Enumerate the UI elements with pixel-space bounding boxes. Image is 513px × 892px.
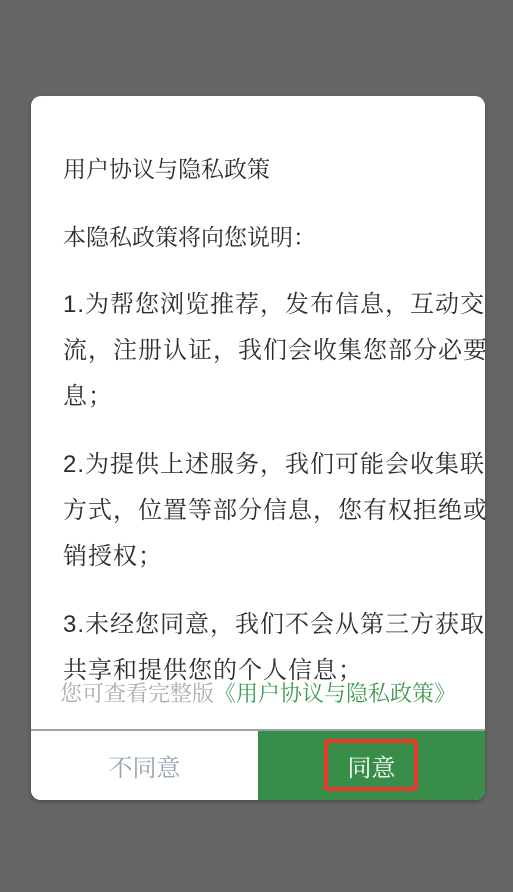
dialog-button-row: 不同意 同意 [31, 731, 485, 800]
policy-text-line: 流，注册认证，我们会收集您部分必要信 [31, 328, 485, 374]
policy-paragraph: 1.为帮您浏览推荐，发布信息，互动交流，注册认证，我们会收集您部分必要信息； [31, 282, 485, 420]
policy-paragraph: 2.为提供上述服务，我们可能会收集联系方式，位置等部分信息，您有权拒绝或撤销授权… [31, 442, 485, 580]
privacy-policy-link[interactable]: 《用户协议与隐私政策》 [214, 681, 456, 706]
agree-label: 同意 [348, 748, 396, 783]
policy-intro: 本隐私政策将向您说明： [31, 214, 485, 260]
agree-button[interactable]: 同意 [258, 731, 485, 800]
policy-text-line: 销授权； [31, 534, 485, 580]
policy-text-line: 方式，位置等部分信息，您有权拒绝或撤 [31, 488, 485, 534]
disagree-label: 不同意 [109, 748, 181, 783]
dialog-title: 用户协议与隐私政策 [31, 146, 485, 192]
screen-overlay: 用户协议与隐私政策 本隐私政策将向您说明： 1.为帮您浏览推荐，发布信息，互动交… [0, 0, 513, 892]
privacy-dialog: 用户协议与隐私政策 本隐私政策将向您说明： 1.为帮您浏览推荐，发布信息，互动交… [31, 96, 485, 800]
footer-note: 您可查看完整版《用户协议与隐私政策》 [31, 676, 485, 712]
policy-text-line: 息； [31, 374, 485, 420]
policy-text-line: 1.为帮您浏览推荐，发布信息，互动交 [31, 282, 485, 328]
dialog-content: 用户协议与隐私政策 本隐私政策将向您说明： 1.为帮您浏览推荐，发布信息，互动交… [31, 96, 485, 722]
policy-text-line: 2.为提供上述服务，我们可能会收集联系 [31, 442, 485, 488]
policy-text-line: 3.未经您同意，我们不会从第三方获取、 [31, 602, 485, 648]
footer-note-prefix: 您可查看完整版 [60, 681, 214, 706]
disagree-button[interactable]: 不同意 [31, 731, 258, 800]
policy-paragraphs: 1.为帮您浏览推荐，发布信息，互动交流，注册认证，我们会收集您部分必要信息；2.… [31, 282, 485, 694]
